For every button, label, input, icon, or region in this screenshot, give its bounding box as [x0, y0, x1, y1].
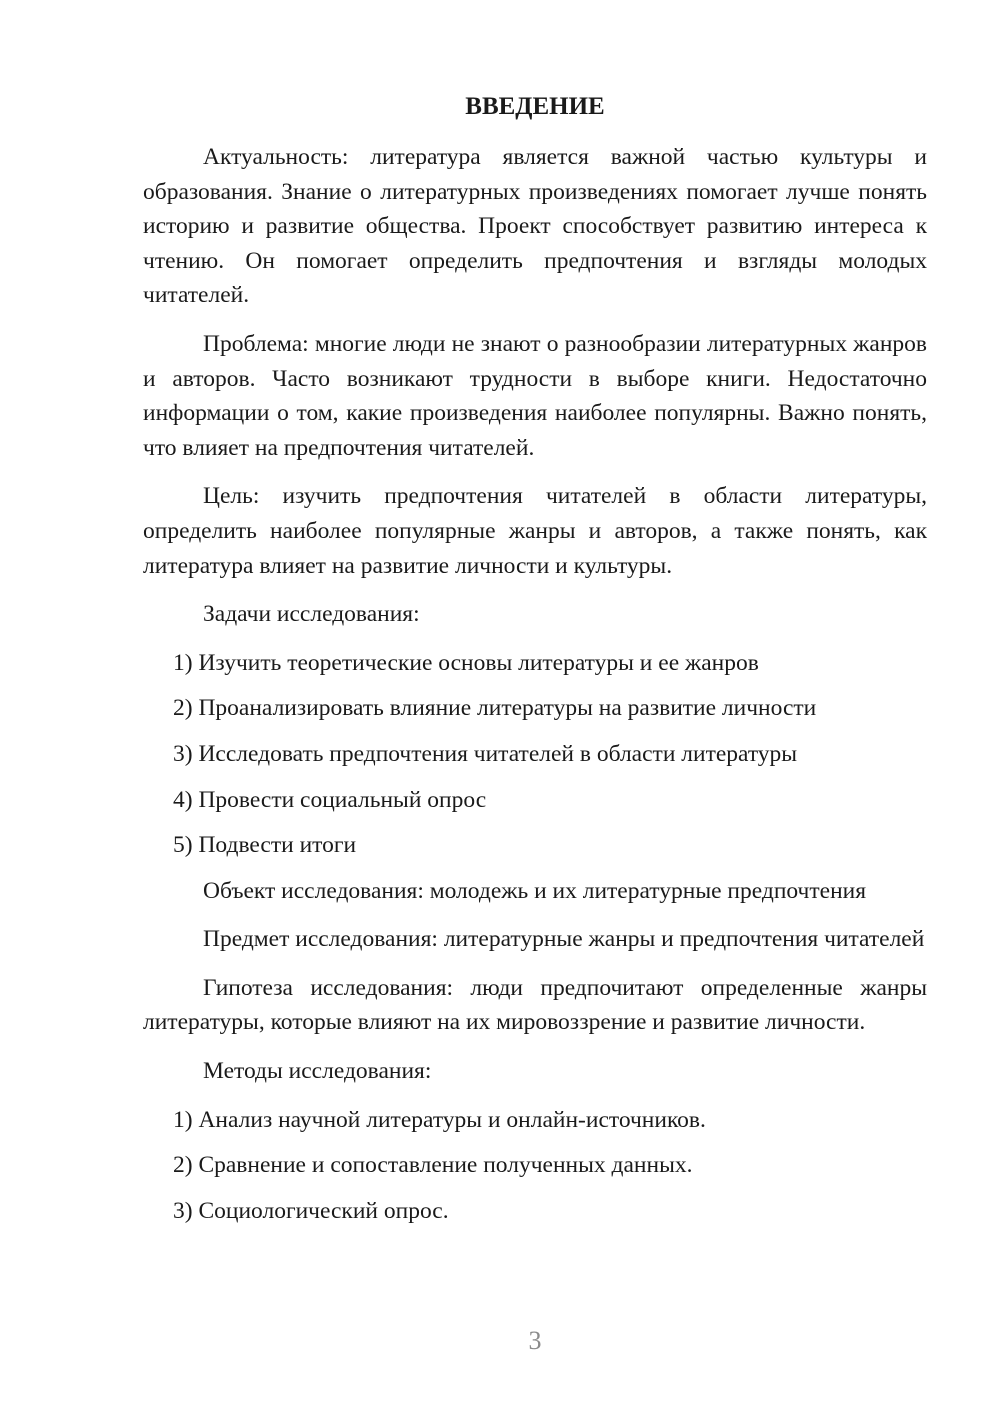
paragraph: Актуальность: литература является важной… [143, 140, 927, 313]
page-number: 3 [143, 1326, 927, 1356]
paragraph: Объект исследования: молодежь и их литер… [143, 874, 927, 909]
list-item: 1) Анализ научной литературы и онлайн-ис… [143, 1103, 927, 1138]
paragraph: Гипотеза исследования: люди предпочитают… [143, 971, 927, 1040]
paragraph: Предмет исследования: литературные жанры… [143, 922, 927, 957]
paragraph: Цель: изучить предпочтения читателей в о… [143, 479, 927, 583]
list-item: 2) Проанализировать влияние литературы н… [143, 691, 927, 726]
list-item: 3) Социологический опрос. [143, 1194, 927, 1229]
paragraphs-container: Актуальность: литература является важной… [143, 140, 927, 1228]
paragraph: Методы исследования: [143, 1054, 927, 1089]
page-title: ВВЕДЕНИЕ [143, 92, 927, 122]
list-item: 3) Исследовать предпочтения читателей в … [143, 737, 927, 772]
document-body: ВВЕДЕНИЕ Актуальность: литература являет… [143, 92, 927, 1239]
list-item: 2) Сравнение и сопоставление полученных … [143, 1148, 927, 1183]
list-item: 1) Изучить теоретические основы литерату… [143, 646, 927, 681]
document-page: ВВЕДЕНИЕ Актуальность: литература являет… [0, 0, 1000, 1414]
paragraph: Проблема: многие люди не знают о разнооб… [143, 327, 927, 465]
list-item: 5) Подвести итоги [143, 828, 927, 863]
list-item: 4) Провести социальный опрос [143, 783, 927, 818]
paragraph: Задачи исследования: [143, 597, 927, 632]
